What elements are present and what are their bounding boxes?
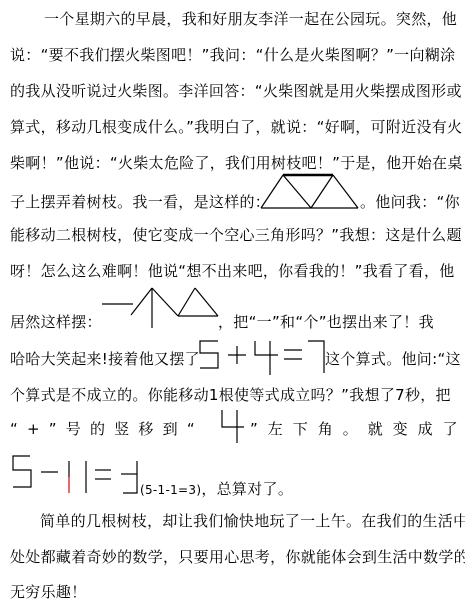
para1-line12-left: “ + ” 号 的 竖 移 到 “ — [10, 420, 195, 438]
para1-line13: (5-1-1=3)，总算对了。 — [140, 480, 460, 499]
line6-text-before: 子上摆弄着树枝。我一看，是这样的： — [10, 193, 270, 211]
stick-digit-4 — [218, 405, 248, 445]
para1-line11: 个算式是不成立的。你能移动1根使等式成立吗？”我想了7秒，把 — [10, 386, 458, 404]
line13-after: ，总算对了。 — [201, 480, 293, 498]
para1-line5: 柴啊！”他说：“火柴太危险了，我们用树枝吧！”于是，他开始在桌 — [10, 154, 458, 172]
equation-note: (5-1-1=3) — [140, 483, 201, 497]
para1-line12-right: ” 左 下 角 。 就 变 成 了 — [250, 420, 458, 438]
para1-line4: 算式，移动几根变成什么。”我明白了，就说：“好啊，可附近没有火 — [10, 118, 458, 136]
para1-line9-after: ，把“一”和“个”也摆出来了！我 — [218, 313, 458, 331]
para1-line6-after: 。他问我：“你 — [360, 193, 460, 211]
para1-line3: 的我从没听说过火柴图。李洋回答：“火柴图就是用火柴摆成图形或 — [10, 82, 458, 100]
para2-line2: 处处都藏着奇妙的数学，只要用心思考，你就能体会到生活中数学的 — [10, 548, 458, 566]
para1-line10-after: 这个算式。他问:“这 — [325, 350, 460, 368]
para1-line7: 能移动二根树枝，使它变成一个空心三角形吗？”我想：这是什么题 — [10, 226, 458, 244]
para1-line2: 说：“要不我们摆火柴图吧！”我问：“什么是火柴图啊？”一向糊涂 — [10, 46, 458, 64]
para1-line1: 一个星期六的早晨，我和好朋友李洋一起在公园玩。突然，他 — [44, 10, 458, 28]
para2-line1: 简单的几根树枝，却让我们愉快地玩了一上午。在我们的生活中， — [40, 512, 460, 530]
equation-5-plus-4-equals-7 — [190, 335, 330, 385]
equation-5-minus-1-minus-1-equals-3 — [0, 450, 150, 500]
yi-ge-figure — [90, 280, 230, 340]
para2-line3: 无穷乐趣！ — [10, 583, 458, 601]
para1-line8: 呀！怎么这么难啊！他说“想不出来吧，你看我的！”我看了看，他 — [10, 262, 458, 280]
